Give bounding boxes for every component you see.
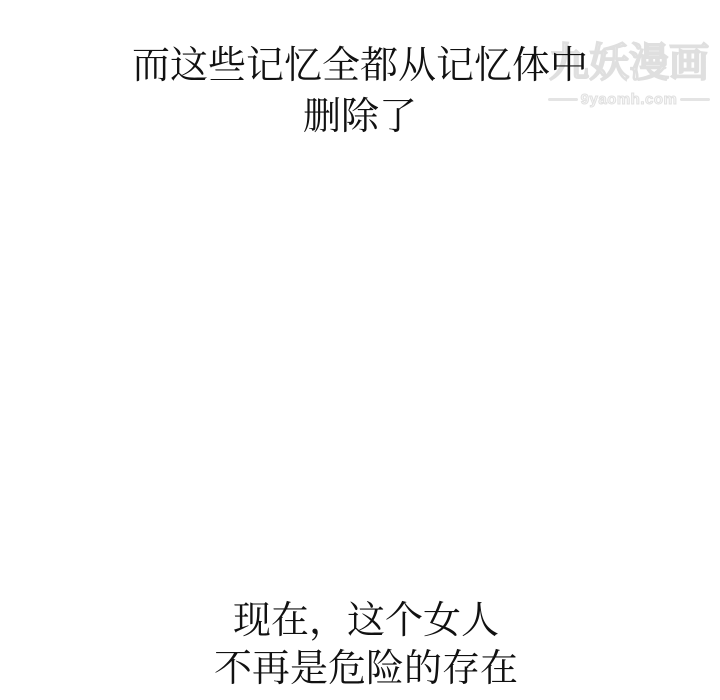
comic-page: 九妖漫画 9yaomh.com 而这些记忆全都从记忆体中 删除了 现在，这个女人… [0,0,720,700]
top-caption: 而这些记忆全都从记忆体中 删除了 [0,41,720,143]
top-caption-line-1: 而这些记忆全都从记忆体中 [0,41,720,92]
bottom-caption-line-2: 不再是危险的存在 [6,645,720,693]
top-caption-line-2: 删除了 [0,92,720,143]
bottom-caption-line-1: 现在，这个女人 [6,597,720,645]
bottom-caption: 现在，这个女人 不再是危险的存在 [6,597,720,693]
